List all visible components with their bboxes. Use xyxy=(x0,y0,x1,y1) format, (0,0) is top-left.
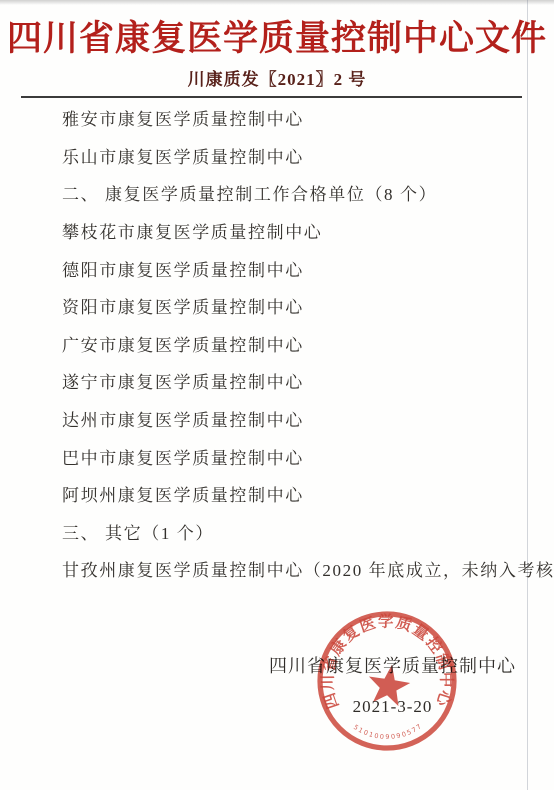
document-line: 遂宁市康复医学质量控制中心 xyxy=(62,362,536,400)
header-divider-rule xyxy=(21,96,522,98)
official-seal-stamp: 四川省康复医学质量控制中心 5101009090577 xyxy=(311,605,463,757)
document-line: 攀枝花市康复医学质量控制中心 xyxy=(62,212,536,250)
document-title: 四川省康复医学质量控制中心文件 xyxy=(0,20,554,58)
scan-top-smudge xyxy=(0,0,554,5)
document-line: 资阳市康复医学质量控制中心 xyxy=(62,287,536,325)
document-section-heading: 三、 其它（1 个） xyxy=(62,513,536,551)
document-line: 乐山市康复医学质量控制中心 xyxy=(62,137,536,175)
seal-ring-text: 四川省康复医学质量控制中心 xyxy=(319,612,456,711)
document-body: 雅安市康复医学质量控制中心 乐山市康复医学质量控制中心 二、 康复医学质量控制工… xyxy=(62,99,536,588)
seal-serial-number: 5101009090577 xyxy=(352,722,424,741)
document-line: 雅安市康复医学质量控制中心 xyxy=(62,99,536,137)
document-line: 德阳市康复医学质量控制中心 xyxy=(62,249,536,287)
seal-graphic: 四川省康复医学质量控制中心 5101009090577 xyxy=(311,605,463,757)
document-section-heading: 二、 康复医学质量控制工作合格单位（8 个） xyxy=(62,174,536,212)
document-line: 阿坝州康复医学质量控制中心 xyxy=(62,475,536,513)
document-line: 甘孜州康复医学质量控制中心（2020 年底成立，未纳入考核） xyxy=(62,550,536,588)
document-number: 川康质发〖2021〗2 号 xyxy=(0,65,554,90)
document-line: 达州市康复医学质量控制中心 xyxy=(62,400,536,438)
document-line: 巴中市康复医学质量控制中心 xyxy=(62,437,536,475)
document-line: 广安市康复医学质量控制中心 xyxy=(62,325,536,363)
scanned-official-document: 四川省康复医学质量控制中心文件 川康质发〖2021〗2 号 雅安市康复医学质量控… xyxy=(0,0,554,790)
document-header: 四川省康复医学质量控制中心文件 川康质发〖2021〗2 号 xyxy=(0,20,554,90)
red-star-icon xyxy=(365,662,413,708)
